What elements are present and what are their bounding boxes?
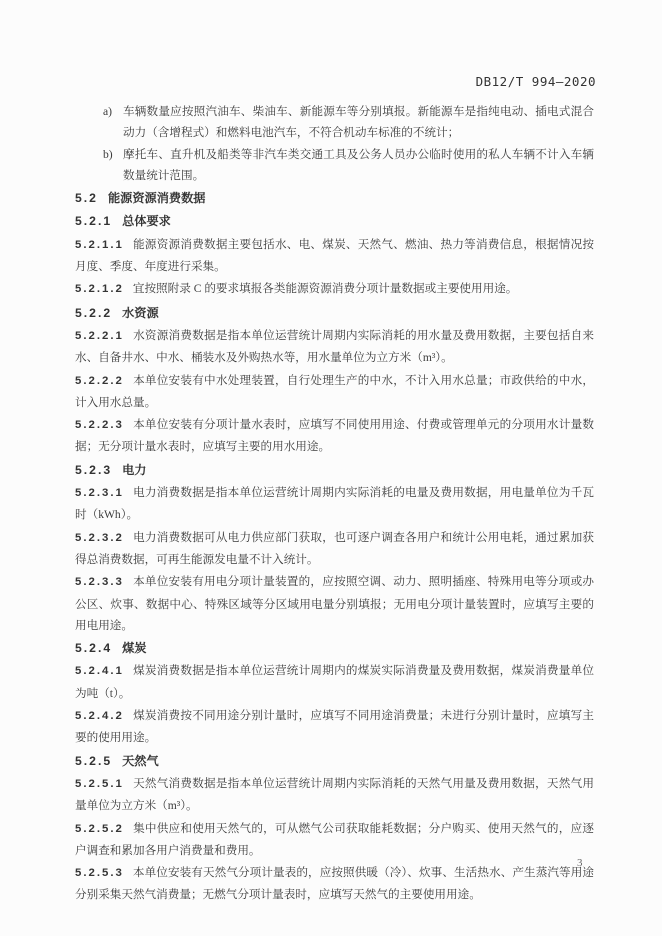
heading-title: 电力: [122, 460, 146, 481]
clause-number: 5.2.3.3: [75, 576, 124, 588]
clause-number: 5.2.3.2: [75, 532, 124, 544]
section-heading-5-2-4: 5.2.4 煤炭: [75, 638, 594, 659]
clause-number: 5.2.2.3: [75, 419, 124, 431]
clause-5-2-5-3: 5.2.5.3本单位安装有天然气分项计量表的，应按照供暖（冷）、炊事、生活热水、…: [75, 862, 594, 906]
heading-number: 5.2: [75, 188, 98, 209]
heading-number: 5.2.4: [75, 638, 112, 659]
list-text: 车辆数量应按照汽油车、柴油车、新能源车等分别填报。新能源车是指纯电动、插电式混合…: [123, 101, 594, 144]
list-marker: a): [103, 101, 123, 144]
document-page: DB12/T 994—2020 a) 车辆数量应按照汽油车、柴油车、新能源车等分…: [0, 0, 662, 936]
doc-code: DB12/T 994—2020: [476, 74, 596, 89]
clause-number: 5.2.1.1: [75, 239, 124, 251]
heading-number: 5.2.3: [75, 460, 112, 481]
clause-5-2-1-2: 5.2.1.2宜按照附录 C 的要求填报各类能源资源消费分项计量数据或主要使用用…: [75, 278, 594, 300]
clause-number: 5.2.4.2: [75, 710, 124, 722]
clause-text: 本单位安装有分项计量水表时，应填写不同使用用途、付费或管理单元的分项用水计量数据…: [75, 418, 594, 453]
clause-text: 水资源消费数据是指本单位运营统计周期内实际消耗的用水量及费用数据，主要包括自来水…: [75, 329, 594, 364]
clause-5-2-2-1: 5.2.2.1水资源消费数据是指本单位运营统计周期内实际消耗的用水量及费用数据，…: [75, 325, 594, 369]
clause-text: 天然气消费数据是指本单位运营统计周期内实际消耗的天然气用量及费用数据，天然气用量…: [75, 777, 594, 812]
clause-text: 能源资源消费数据主要包括水、电、煤炭、天然气、燃油、热力等消费信息，根据情况按月…: [75, 238, 594, 273]
clause-text: 煤炭消费按不同用途分别计量时，应填写不同用途消费量；未进行分别计量时，应填写主要…: [75, 709, 594, 744]
clause-5-2-1-1: 5.2.1.1能源资源消费数据主要包括水、电、煤炭、天然气、燃油、热力等消费信息…: [75, 234, 594, 278]
clause-text: 宜按照附录 C 的要求填报各类能源资源消费分项计量数据或主要使用用途。: [133, 282, 518, 295]
heading-title: 能源资源消费数据: [108, 188, 206, 209]
clause-text: 电力消费数据是指本单位运营统计周期内实际消耗的电量及费用数据，用电量单位为千瓦时…: [75, 486, 594, 521]
clause-5-2-3-1: 5.2.3.1电力消费数据是指本单位运营统计周期内实际消耗的电量及费用数据，用电…: [75, 482, 594, 526]
clause-5-2-2-3: 5.2.2.3本单位安装有分项计量水表时，应填写不同使用用途、付费或管理单元的分…: [75, 414, 594, 458]
clause-number: 5.2.5.3: [75, 867, 124, 879]
heading-number: 5.2.2: [75, 303, 112, 324]
section-heading-5-2-1: 5.2.1 总体要求: [75, 211, 594, 232]
section-heading-5-2-2: 5.2.2 水资源: [75, 303, 594, 324]
heading-title: 煤炭: [122, 638, 146, 659]
clause-number: 5.2.5.1: [75, 778, 124, 790]
clause-text: 本单位安装有中水处理装置，自行处理生产的中水，不计入用水总量；市政供给的中水，计…: [75, 374, 594, 409]
list-text: 摩托车、直升机及船类等非汽车类交通工具及公务人员办公临时使用的私人车辆不计入车辆…: [123, 144, 594, 187]
clause-number: 5.2.5.2: [75, 823, 124, 835]
clause-5-2-4-1: 5.2.4.1煤炭消费数据是指本单位运营统计周期内的煤炭实际消费量及费用数据，煤…: [75, 660, 594, 704]
heading-title: 天然气: [122, 751, 159, 772]
clause-number: 5.2.3.1: [75, 487, 124, 499]
clause-5-2-5-2: 5.2.5.2集中供应和使用天然气的，可从燃气公司获取能耗数据；分户购买、使用天…: [75, 818, 594, 862]
clause-5-2-3-2: 5.2.3.2电力消费数据可从电力供应部门获取，也可逐户调查各用户和统计公用电耗…: [75, 527, 594, 571]
page-number: 3: [577, 857, 583, 869]
clause-text: 煤炭消费数据是指本单位运营统计周期内的煤炭实际消费量及费用数据，煤炭消费量单位为…: [75, 664, 594, 699]
section-heading-5-2-5: 5.2.5 天然气: [75, 751, 594, 772]
list-item-a: a) 车辆数量应按照汽油车、柴油车、新能源车等分别填报。新能源车是指纯电动、插电…: [75, 101, 594, 144]
heading-number: 5.2.5: [75, 751, 112, 772]
heading-title: 总体要求: [122, 211, 171, 232]
clause-text: 电力消费数据可从电力供应部门获取，也可逐户调查各用户和统计公用电耗，通过累加获得…: [75, 531, 594, 566]
clause-text: 本单位安装有用电分项计量装置的，应按照空调、动力、照明插座、特殊用电等分项或办公…: [75, 575, 594, 632]
clause-text: 集中供应和使用天然气的，可从燃气公司获取能耗数据；分户购买、使用天然气的，应逐户…: [75, 822, 594, 857]
clause-number: 5.2.1.2: [75, 283, 124, 295]
list-item-b: b) 摩托车、直升机及船类等非汽车类交通工具及公务人员办公临时使用的私人车辆不计…: [75, 144, 594, 187]
heading-number: 5.2.1: [75, 211, 112, 232]
clause-5-2-2-2: 5.2.2.2本单位安装有中水处理装置，自行处理生产的中水，不计入用水总量；市政…: [75, 370, 594, 414]
list-marker: b): [103, 144, 123, 187]
clause-5-2-4-2: 5.2.4.2煤炭消费按不同用途分别计量时，应填写不同用途消费量；未进行分别计量…: [75, 705, 594, 749]
content-area: a) 车辆数量应按照汽油车、柴油车、新能源车等分别填报。新能源车是指纯电动、插电…: [75, 101, 594, 907]
section-heading-5-2-3: 5.2.3 电力: [75, 460, 594, 481]
clause-number: 5.2.2.1: [75, 330, 124, 342]
clause-5-2-5-1: 5.2.5.1天然气消费数据是指本单位运营统计周期内实际消耗的天然气用量及费用数…: [75, 773, 594, 817]
clause-text: 本单位安装有天然气分项计量表的，应按照供暖（冷）、炊事、生活热水、产生蒸汽等用途…: [75, 866, 594, 901]
heading-title: 水资源: [122, 303, 159, 324]
section-heading-5-2: 5.2 能源资源消费数据: [75, 188, 594, 209]
clause-number: 5.2.4.1: [75, 665, 124, 677]
clause-number: 5.2.2.2: [75, 375, 124, 387]
clause-5-2-3-3: 5.2.3.3本单位安装有用电分项计量装置的，应按照空调、动力、照明插座、特殊用…: [75, 571, 594, 636]
